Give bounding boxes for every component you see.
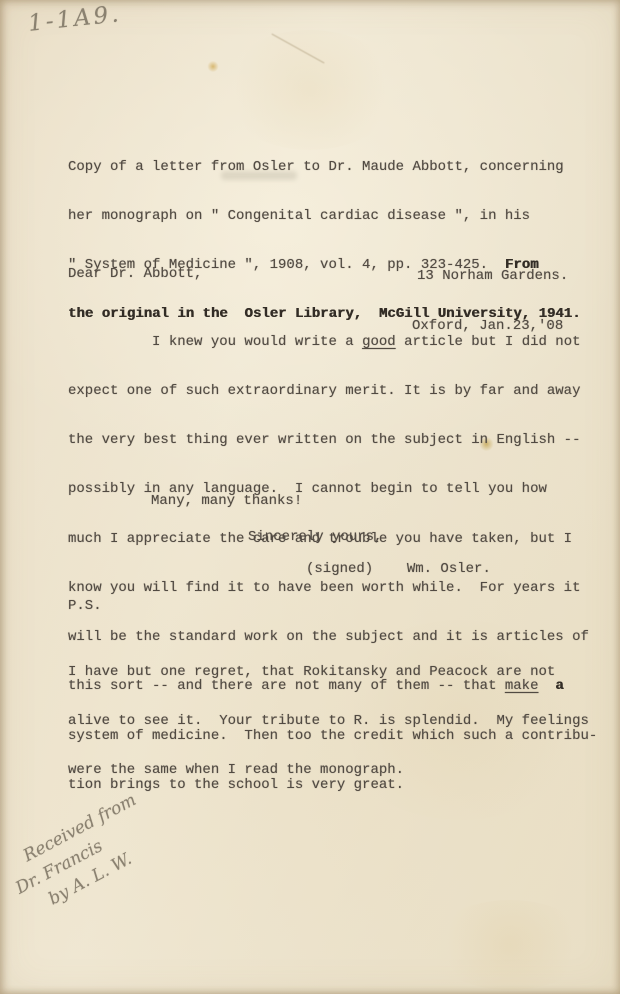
body-line-3: the very best thing ever written on the … <box>68 432 597 448</box>
signature-line: (signed) Wm. Osler. <box>306 561 491 577</box>
thanks-line: Many, many thanks! <box>151 493 302 509</box>
ps-label: P.S. <box>68 598 102 614</box>
heading-line-1: Copy of a letter from Osler to Dr. Maude… <box>68 159 580 175</box>
underlined-word-good: good <box>362 334 396 350</box>
ps-line-3: were the same when I read the monograph. <box>68 762 589 778</box>
signed-label: (signed) <box>306 561 407 577</box>
body-line-1: I knew you would write a good article bu… <box>68 334 597 350</box>
body-line-6: know you will find it to have been worth… <box>68 580 597 596</box>
pencil-catalog-code: 1-1A9. <box>27 1 123 37</box>
salutation: Dear Dr. Abbott, <box>68 266 202 282</box>
body-line-1-post: article but I did not <box>396 334 581 350</box>
ps-line-1: I have but one regret, that Rokitansky a… <box>68 664 589 680</box>
body-line-4: possibly in any language. I cannot begin… <box>68 481 597 497</box>
paper-stain <box>430 900 590 990</box>
heading-line-2: her monograph on " Congenital cardiac di… <box>68 208 580 224</box>
closing-line: Sincerely yours, <box>248 529 382 545</box>
body-line-1-pre: I knew you would write a <box>68 334 362 350</box>
signature-name: Wm. Osler. <box>407 561 491 577</box>
paper-stain <box>207 61 219 72</box>
ps-line-2: alive to see it. Your tribute to R. is s… <box>68 713 589 729</box>
address-line-1: 13 Norham Gardens. <box>412 268 568 285</box>
scanned-letter-page: 1-1A9. Copy of a letter from Osler to Dr… <box>0 0 620 994</box>
paper-scratch <box>272 34 325 64</box>
body-line-2: expect one of such extraordinary merit. … <box>68 383 597 399</box>
